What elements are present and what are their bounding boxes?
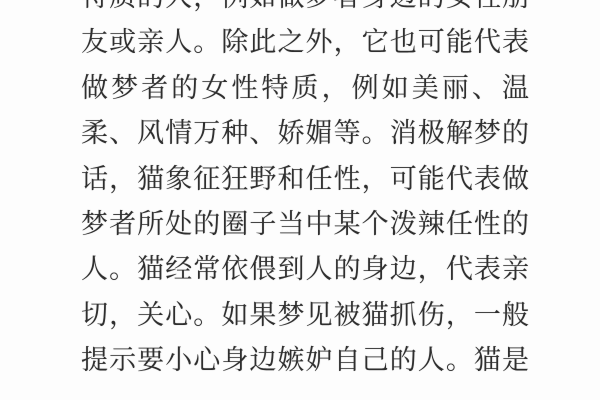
document-page: 特质的人，例如做梦者身边的女性朋 友或亲人。除此之外，它也可能代表 做梦者的女性… [0,0,600,400]
text-line-8: 切，关心。如果梦见被猫抓伤，一般 [81,293,529,338]
text-line-2: 友或亲人。除此之外，它也可能代表 [81,20,529,65]
text-line-3: 做梦者的女性特质，例如美丽、温 [81,66,529,111]
text-line-9: 提示要小心身边嫉妒自己的人。猫是 [81,338,529,383]
paragraph: 特质的人，例如做梦者身边的女性朋 友或亲人。除此之外，它也可能代表 做梦者的女性… [81,0,529,384]
text-line-1: 特质的人，例如做梦者身边的女性朋 [81,0,529,20]
text-line-4: 柔、风情万种、娇媚等。消极解梦的 [81,111,529,156]
text-line-7: 人。猫经常依偎到人的身边，代表亲 [81,247,529,292]
text-line-5: 话，猫象征狂野和任性，可能代表做 [81,157,529,202]
text-line-6: 梦者所处的圈子当中某个泼辣任性的 [81,202,529,247]
